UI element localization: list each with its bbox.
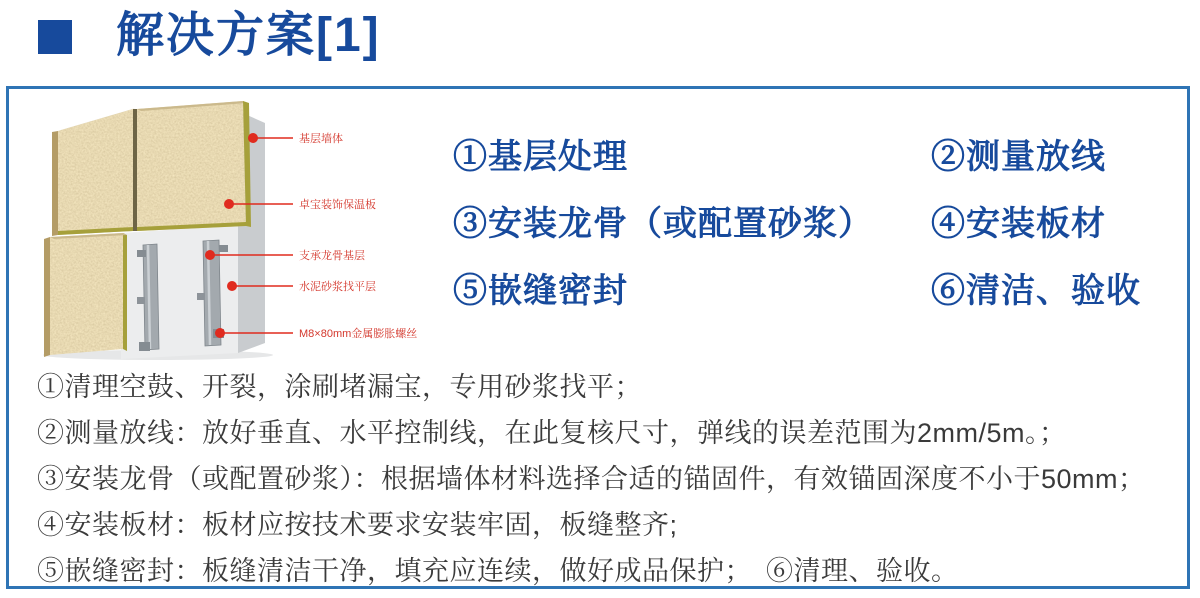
label-expansion-screw: M8×80mm金属膨胀螺丝 [299,326,417,340]
label-keel-base: 支承龙骨基层 [299,248,365,262]
step-3-install-keel: ③安装龙骨（或配置砂浆） [453,196,873,245]
step-1-base-treatment: ①基层处理 [453,129,628,178]
label-insulation-board: 卓宝装饰保温板 [299,197,376,211]
step-5-joint-sealing: ⑤嵌缝密封 [453,263,628,312]
detail-line-3: ③安装龙骨（或配置砂浆）：根据墙体材料选择合适的锚固件，有效锚固深度不小于50m… [37,457,1146,496]
slide: 解决方案[1] [0,0,1200,598]
page-title: 解决方案[1] [116,8,381,64]
callout-labels: 基层墙体 卓宝装饰保温板 支承龙骨基层 水泥砂浆找平层 M8×80mm金属膨胀螺… [299,131,417,340]
step-6-clean-acceptance: ⑥清洁、验收 [931,263,1141,312]
detail-line-2: ②测量放线：放好垂直、水平控制线，在此复核尺寸，弹线的误差范围为2mm/5m。； [37,411,1067,450]
slide-header: 解决方案[1] [38,8,381,64]
content-panel: 基层墙体 卓宝装饰保温板 支承龙骨基层 水泥砂浆找平层 M8×80mm金属膨胀螺… [6,86,1190,589]
wall-diagram-svg: 基层墙体 卓宝装饰保温板 支承龙骨基层 水泥砂浆找平层 M8×80mm金属膨胀螺… [33,97,453,362]
label-base-wall: 基层墙体 [299,131,343,145]
label-mortar-leveling: 水泥砂浆找平层 [299,279,376,293]
step-4-install-board: ④安装板材 [931,196,1106,245]
step-2-measure-layout: ②测量放线 [931,129,1106,178]
title-bullet-square [38,20,72,54]
detail-line-1: ①清理空鼓、开裂，涂刷堵漏宝，专用砂浆找平； [37,365,642,404]
detail-line-4: ④安装板材：板材应按技术要求安装牢固，板缝整齐; [37,503,678,542]
detail-line-5: ⑤嵌缝密封：板缝清洁干净，填充应连续，做好成品保护； ⑥清理、验收。 [37,549,959,588]
wall-system-diagram: 基层墙体 卓宝装饰保温板 支承龙骨基层 水泥砂浆找平层 M8×80mm金属膨胀螺… [33,97,453,362]
